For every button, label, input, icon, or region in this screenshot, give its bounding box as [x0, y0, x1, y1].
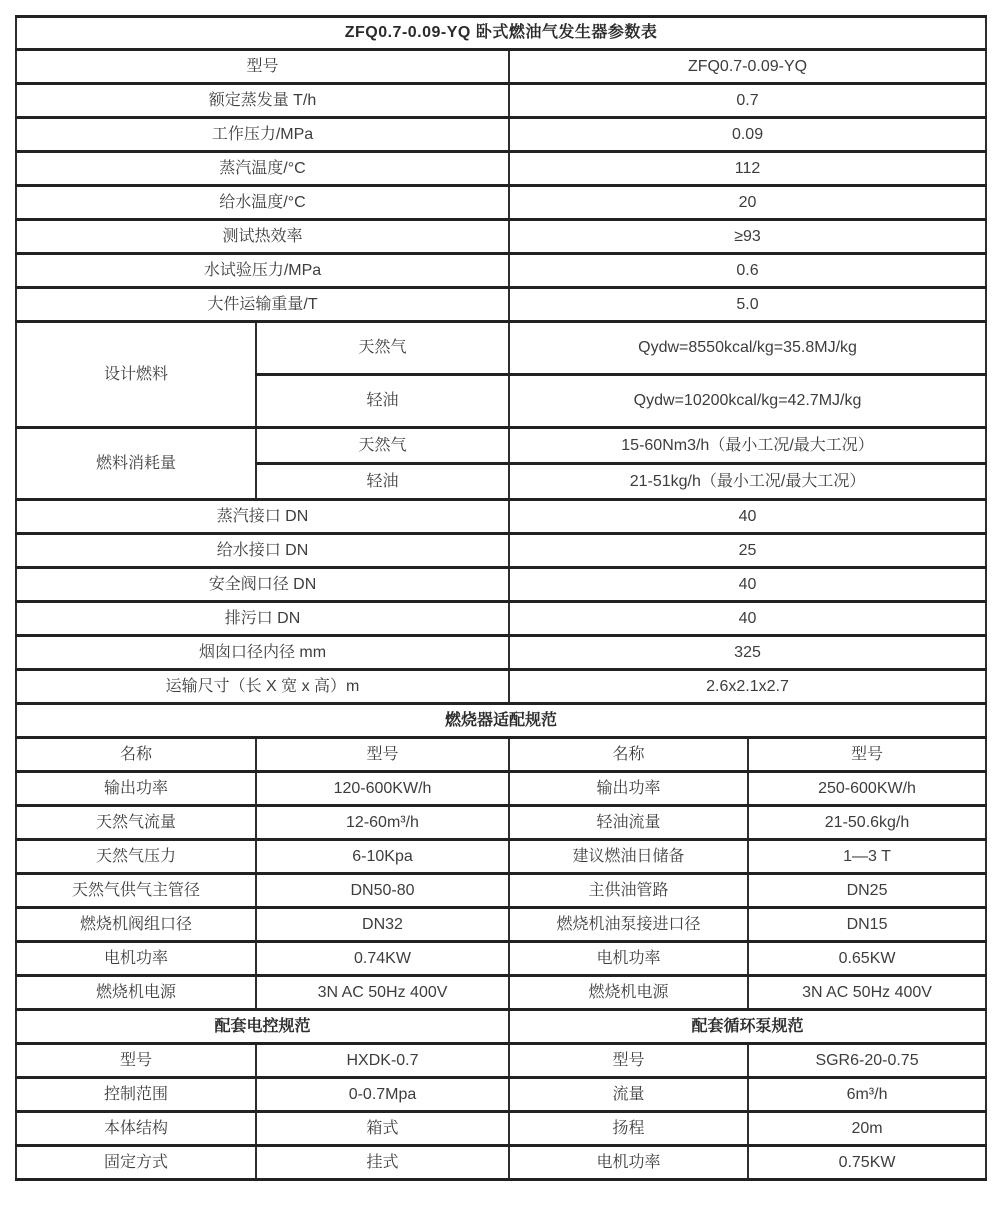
- burner-param-value: 0.74KW: [256, 942, 509, 976]
- fuel-consumption-value: 15-60Nm3/h（最小工况/最大工况）: [509, 428, 986, 464]
- spec-label: 给水温度/°C: [16, 186, 509, 220]
- accessory-param-value: 箱式: [256, 1112, 509, 1146]
- accessory-param-value: 0.75KW: [748, 1146, 986, 1180]
- spec-value: 0.7: [509, 84, 986, 118]
- spec-label: 运输尺寸（长 X 宽 x 高）m: [16, 670, 509, 704]
- table-row: 给水温度/°C 20: [16, 186, 986, 220]
- table-row: 输出功率 120-600KW/h 输出功率 250-600KW/h: [16, 772, 986, 806]
- table-row: 测试热效率 ≥93: [16, 220, 986, 254]
- fuel-type-label: 轻油: [256, 464, 509, 500]
- title-row: ZFQ0.7-0.09-YQ 卧式燃油气发生器参数表: [16, 17, 986, 50]
- burner-param-value: 3N AC 50Hz 400V: [256, 976, 509, 1010]
- burner-param-value: 1—3 T: [748, 840, 986, 874]
- table-row: 电机功率 0.74KW 电机功率 0.65KW: [16, 942, 986, 976]
- burner-param-value: 6-10Kpa: [256, 840, 509, 874]
- spec-value: ZFQ0.7-0.09-YQ: [509, 50, 986, 84]
- accessory-param-value: 20m: [748, 1112, 986, 1146]
- spec-label: 工作压力/MPa: [16, 118, 509, 152]
- accessory-param-value: 挂式: [256, 1146, 509, 1180]
- electric-control-header: 配套电控规范: [16, 1010, 509, 1044]
- accessory-param-value: 6m³/h: [748, 1078, 986, 1112]
- burner-param-name: 建议燃油日储备: [509, 840, 748, 874]
- burner-param-name: 电机功率: [16, 942, 256, 976]
- spec-label: 烟囱口径内径 mm: [16, 636, 509, 670]
- spec-label: 给水接口 DN: [16, 534, 509, 568]
- spec-label: 安全阀口径 DN: [16, 568, 509, 602]
- column-header: 型号: [748, 738, 986, 772]
- table-row: 蒸汽温度/°C 112: [16, 152, 986, 186]
- table-row: 运输尺寸（长 X 宽 x 高）m 2.6x2.1x2.7: [16, 670, 986, 704]
- burner-param-value: 3N AC 50Hz 400V: [748, 976, 986, 1010]
- fuel-consumption-value: 21-51kg/h（最小工况/最大工况）: [509, 464, 986, 500]
- spec-label: 额定蒸发量 T/h: [16, 84, 509, 118]
- spec-label: 蒸汽温度/°C: [16, 152, 509, 186]
- table-row: 给水接口 DN 25: [16, 534, 986, 568]
- table-row: 固定方式 挂式 电机功率 0.75KW: [16, 1146, 986, 1180]
- table-row: 工作压力/MPa 0.09: [16, 118, 986, 152]
- circulating-pump-header: 配套循环泵规范: [509, 1010, 986, 1044]
- burner-param-name: 输出功率: [509, 772, 748, 806]
- spec-value: 2.6x2.1x2.7: [509, 670, 986, 704]
- parameter-table: ZFQ0.7-0.09-YQ 卧式燃油气发生器参数表 型号 ZFQ0.7-0.0…: [15, 15, 987, 1181]
- spec-value: 20: [509, 186, 986, 220]
- table-row: 烟囱口径内径 mm 325: [16, 636, 986, 670]
- fuel-type-label: 轻油: [256, 375, 509, 428]
- burner-param-name: 天然气流量: [16, 806, 256, 840]
- burner-param-name: 燃烧机油泵接进口径: [509, 908, 748, 942]
- fuel-heat-value: Qydw=8550kcal/kg=35.8MJ/kg: [509, 322, 986, 375]
- spec-value: 0.6: [509, 254, 986, 288]
- table-row: 水试验压力/MPa 0.6: [16, 254, 986, 288]
- burner-param-value: 120-600KW/h: [256, 772, 509, 806]
- burner-param-name: 输出功率: [16, 772, 256, 806]
- table-row: 型号 ZFQ0.7-0.09-YQ: [16, 50, 986, 84]
- accessory-param-value: SGR6-20-0.75: [748, 1044, 986, 1078]
- table-row: 蒸汽接口 DN 40: [16, 500, 986, 534]
- burner-param-value: 250-600KW/h: [748, 772, 986, 806]
- burner-param-name: 燃烧机阀组口径: [16, 908, 256, 942]
- table-row: 本体结构 箱式 扬程 20m: [16, 1112, 986, 1146]
- spec-value: 25: [509, 534, 986, 568]
- spec-value: 325: [509, 636, 986, 670]
- spec-value: ≥93: [509, 220, 986, 254]
- burner-param-name: 燃烧机电源: [509, 976, 748, 1010]
- spec-label: 排污口 DN: [16, 602, 509, 636]
- accessory-param-name: 流量: [509, 1078, 748, 1112]
- table-row: 燃料消耗量 天然气 15-60Nm3/h（最小工况/最大工况）: [16, 428, 986, 464]
- burner-param-name: 天然气供气主管径: [16, 874, 256, 908]
- accessory-param-name: 型号: [509, 1044, 748, 1078]
- spec-value: 0.09: [509, 118, 986, 152]
- burner-param-name: 天然气压力: [16, 840, 256, 874]
- spec-value: 40: [509, 500, 986, 534]
- table-row: 天然气压力 6-10Kpa 建议燃油日储备 1—3 T: [16, 840, 986, 874]
- table-row: 设计燃料 天然气 Qydw=8550kcal/kg=35.8MJ/kg: [16, 322, 986, 375]
- accessory-param-name: 本体结构: [16, 1112, 256, 1146]
- fuel-type-label: 天然气: [256, 322, 509, 375]
- spec-label: 水试验压力/MPa: [16, 254, 509, 288]
- table-row: 燃烧机阀组口径 DN32 燃烧机油泵接进口径 DN15: [16, 908, 986, 942]
- burner-param-name: 轻油流量: [509, 806, 748, 840]
- fuel-type-label: 天然气: [256, 428, 509, 464]
- accessory-param-name: 固定方式: [16, 1146, 256, 1180]
- burner-param-name: 主供油管路: [509, 874, 748, 908]
- table-row: 燃烧机电源 3N AC 50Hz 400V 燃烧机电源 3N AC 50Hz 4…: [16, 976, 986, 1010]
- burner-param-value: DN50-80: [256, 874, 509, 908]
- table-row: 额定蒸发量 T/h 0.7: [16, 84, 986, 118]
- accessory-param-name: 电机功率: [509, 1146, 748, 1180]
- column-header: 型号: [256, 738, 509, 772]
- accessory-param-name: 控制范围: [16, 1078, 256, 1112]
- spec-value: 40: [509, 568, 986, 602]
- burner-param-value: DN15: [748, 908, 986, 942]
- table-row: 大件运输重量/T 5.0: [16, 288, 986, 322]
- design-fuel-group-label: 设计燃料: [16, 322, 256, 428]
- accessory-param-value: HXDK-0.7: [256, 1044, 509, 1078]
- parameter-sheet: ZFQ0.7-0.09-YQ 卧式燃油气发生器参数表 型号 ZFQ0.7-0.0…: [0, 0, 1000, 1219]
- burner-param-name: 燃烧机电源: [16, 976, 256, 1010]
- table-row: 型号 HXDK-0.7 型号 SGR6-20-0.75: [16, 1044, 986, 1078]
- burner-section-header: 燃烧器适配规范: [16, 704, 986, 738]
- table-row: 天然气供气主管径 DN50-80 主供油管路 DN25: [16, 874, 986, 908]
- burner-param-value: 0.65KW: [748, 942, 986, 976]
- spec-label: 大件运输重量/T: [16, 288, 509, 322]
- accessory-param-name: 型号: [16, 1044, 256, 1078]
- column-header: 名称: [16, 738, 256, 772]
- fuel-consumption-group-label: 燃料消耗量: [16, 428, 256, 500]
- accessory-param-name: 扬程: [509, 1112, 748, 1146]
- burner-param-name: 电机功率: [509, 942, 748, 976]
- spec-label: 型号: [16, 50, 509, 84]
- column-header: 名称: [509, 738, 748, 772]
- table-row: 排污口 DN 40: [16, 602, 986, 636]
- spec-value: 40: [509, 602, 986, 636]
- burner-param-value: DN25: [748, 874, 986, 908]
- fuel-heat-value: Qydw=10200kcal/kg=42.7MJ/kg: [509, 375, 986, 428]
- spec-value: 5.0: [509, 288, 986, 322]
- page-title: ZFQ0.7-0.09-YQ 卧式燃油气发生器参数表: [16, 17, 986, 50]
- column-header-row: 名称 型号 名称 型号: [16, 738, 986, 772]
- burner-param-value: DN32: [256, 908, 509, 942]
- section-header-row: 燃烧器适配规范: [16, 704, 986, 738]
- burner-param-value: 12-60m³/h: [256, 806, 509, 840]
- table-row: 安全阀口径 DN 40: [16, 568, 986, 602]
- spec-value: 112: [509, 152, 986, 186]
- table-row: 控制范围 0-0.7Mpa 流量 6m³/h: [16, 1078, 986, 1112]
- burner-param-value: 21-50.6kg/h: [748, 806, 986, 840]
- section-header-row: 配套电控规范 配套循环泵规范: [16, 1010, 986, 1044]
- spec-label: 蒸汽接口 DN: [16, 500, 509, 534]
- accessory-param-value: 0-0.7Mpa: [256, 1078, 509, 1112]
- spec-label: 测试热效率: [16, 220, 509, 254]
- table-row: 天然气流量 12-60m³/h 轻油流量 21-50.6kg/h: [16, 806, 986, 840]
